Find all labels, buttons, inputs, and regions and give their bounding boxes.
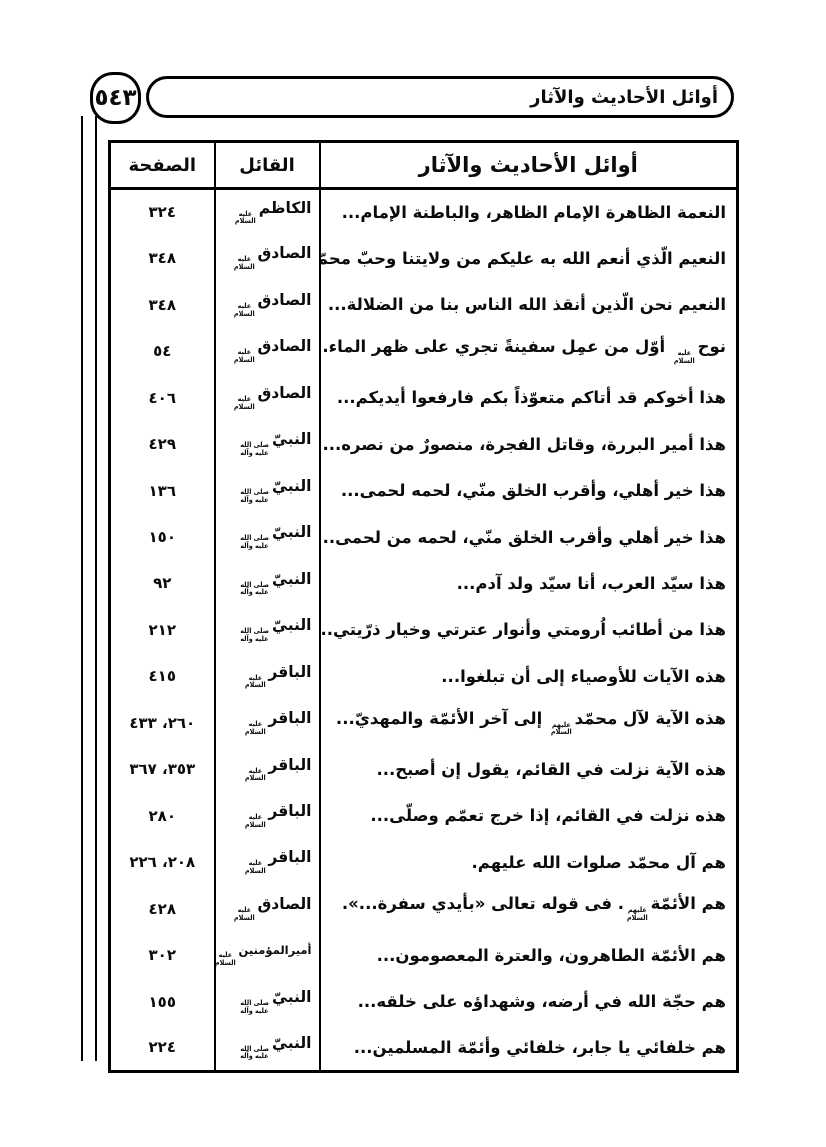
entry-page: ١٥٥ <box>110 978 215 1024</box>
entry-page: ٥٤ <box>110 328 215 374</box>
book-page: ٥٤٣ أوائل الأحاديث والآثار أوائل الأحادي… <box>0 0 826 1147</box>
running-header: أوائل الأحاديث والآثار <box>146 76 734 118</box>
running-header-title: أوائل الأحاديث والآثار <box>530 87 718 108</box>
table-header-row: أوائل الأحاديث والآثار القائل الصفحة <box>110 142 738 189</box>
table-row: النعمة الظاهرة الإمام الظاهر، والباطنة ا… <box>110 189 738 235</box>
honorific-as-mark: عليهالسلام <box>234 211 257 227</box>
entry-page: ٣٤٨ <box>110 281 215 327</box>
entry-speaker: النبيّصلى اللهعليه وآله <box>215 514 320 560</box>
entry-speaker: الصادقعليهالسلام <box>215 281 320 327</box>
table-row: هذه الآية لآل محمّدعليهمالسلام إلى آخر ا… <box>110 700 738 746</box>
entry-page: ١٣٦ <box>110 467 215 513</box>
entry-text: النعيم نحن الّذين أنقذ الله الناس بنا من… <box>320 281 738 327</box>
table-row: هذه نزلت في القائم، إذا خرج تعمّم وصلّى.… <box>110 793 738 839</box>
entry-text: هذا أمير البررة، وقاتل الفجرة، منصورٌ من… <box>320 421 738 467</box>
honorific-as-mark: عليهالسلام <box>233 396 256 412</box>
entry-page: ٣٤٨ <box>110 235 215 281</box>
honorific-as-mark: عليهالسلام <box>244 768 267 784</box>
table-row: نوحعليهالسلام أوّل من عمِل سفينةً تجري ع… <box>110 328 738 374</box>
entry-page: ٣٥٣، ٣٦٧ <box>110 746 215 792</box>
honorific-as-mark: عليهالسلام <box>233 907 256 923</box>
entry-speaker: الصادقعليهالسلام <box>215 328 320 374</box>
entry-page: ٢٢٤ <box>110 1025 215 1072</box>
entry-text: هم خلفائي يا جابر، خلفائي وأئمّة المسلمي… <box>320 1025 738 1072</box>
honorific-saw-mark: صلى اللهعليه وآله <box>239 1046 270 1062</box>
table-row: هم آل محمّد صلوات الله عليهم. الباقرعليه… <box>110 839 738 885</box>
entry-page: ٢٠٨، ٢٢٦ <box>110 839 215 885</box>
entry-speaker: الباقرعليهالسلام <box>215 700 320 746</box>
entry-text: هذا أخوكم قد أتاكم متعوّذاً بكم فارفعوا … <box>320 374 738 420</box>
table-row: النعيم نحن الّذين أنقذ الله الناس بنا من… <box>110 281 738 327</box>
entry-speaker: النبيّصلى اللهعليه وآله <box>215 1025 320 1072</box>
page-number-badge: ٥٤٣ <box>90 72 141 124</box>
table-row: هذه الآيات للأوصياء إلى أن تبلغوا... الب… <box>110 653 738 699</box>
entry-speaker: الكاظمعليهالسلام <box>215 189 320 235</box>
honorific-as-mark: عليهالسلام <box>233 303 256 319</box>
honorific-as-mark: عليهالسلام <box>244 675 267 691</box>
entry-text: هم الأئمّةعليهمالسلام. فى قوله تعالى «بأ… <box>320 886 738 932</box>
entry-speaker: النبيّصلى اللهعليه وآله <box>215 978 320 1024</box>
entry-page: ٢٦٠، ٤٣٣ <box>110 700 215 746</box>
table-row: النعيم الّذي أنعم الله به عليكم من ولايت… <box>110 235 738 281</box>
entry-speaker: النبيّصلى اللهعليه وآله <box>215 607 320 653</box>
entry-text: هم آل محمّد صلوات الله عليهم. <box>320 839 738 885</box>
honorific-saw-mark: صلى اللهعليه وآله <box>239 582 270 598</box>
entry-page: ١٥٠ <box>110 514 215 560</box>
entry-text: هذه نزلت في القائم، إذا خرج تعمّم وصلّى.… <box>320 793 738 839</box>
entry-page: ٤١٥ <box>110 653 215 699</box>
honorific-as-mark: عليهالسلام <box>244 814 267 830</box>
honorific-as-mark: عليهالسلام <box>244 860 267 876</box>
entry-text: هذه الآية لآل محمّدعليهمالسلام إلى آخر ا… <box>320 700 738 746</box>
entry-speaker: الصادقعليهالسلام <box>215 374 320 420</box>
entry-page: ٤٢٨ <box>110 886 215 932</box>
entry-page: ٤٠٦ <box>110 374 215 420</box>
column-header-entries: أوائل الأحاديث والآثار <box>320 142 738 189</box>
entry-page: ٣٢٤ <box>110 189 215 235</box>
table-row: هذا أمير البررة، وقاتل الفجرة، منصورٌ من… <box>110 421 738 467</box>
honorific-saw-mark: صلى اللهعليه وآله <box>239 489 270 505</box>
entry-speaker: الصادقعليهالسلام <box>215 886 320 932</box>
honorific-ashm-mark: عليهمالسلام <box>550 722 573 738</box>
table-row: هذا سيّد العرب، أنا سيّد ولد آدم... النب… <box>110 560 738 606</box>
table-row: هم الأئمّة الطاهرون، والعترة المعصومون..… <box>110 932 738 978</box>
page-number: ٥٤٣ <box>94 85 136 111</box>
entry-text: النعيم الّذي أنعم الله به عليكم من ولايت… <box>320 235 738 281</box>
table-row: هذا خير أهلي وأقرب الخلق منّي، لحمه من ل… <box>110 514 738 560</box>
entry-text: هذا من أطائب اُرومتي وأنوار عترتي وخيار … <box>320 607 738 653</box>
entry-speaker: أميرالمؤمنينعليهالسلام <box>215 932 320 978</box>
entry-speaker: النبيّصلى اللهعليه وآله <box>215 467 320 513</box>
entry-text: هم الأئمّة الطاهرون، والعترة المعصومون..… <box>320 932 738 978</box>
honorific-as-mark: عليهالسلام <box>215 952 237 968</box>
entry-page: ٤٢٩ <box>110 421 215 467</box>
honorific-saw-mark: صلى اللهعليه وآله <box>239 442 270 458</box>
entry-page: ٢١٢ <box>110 607 215 653</box>
entry-text: هذه الآية نزلت في القائم، يقول إن أصبح..… <box>320 746 738 792</box>
table-row: هذه الآية نزلت في القائم، يقول إن أصبح..… <box>110 746 738 792</box>
margin-rule-inner <box>95 116 97 1061</box>
entry-speaker: الصادقعليهالسلام <box>215 235 320 281</box>
honorific-saw-mark: صلى اللهعليه وآله <box>239 1000 270 1016</box>
honorific-ashm-mark: عليهمالسلام <box>626 907 649 923</box>
entry-text: هذا خير أهلي وأقرب الخلق منّي، لحمه من ل… <box>320 514 738 560</box>
honorific-as-mark: عليهالسلام <box>673 350 696 366</box>
entry-text: هذه الآيات للأوصياء إلى أن تبلغوا... <box>320 653 738 699</box>
column-header-page: الصفحة <box>110 142 215 189</box>
honorific-as-mark: عليهالسلام <box>233 256 256 272</box>
entry-speaker: النبيّصلى اللهعليه وآله <box>215 560 320 606</box>
honorific-as-mark: عليهالسلام <box>244 721 267 737</box>
entry-page: ٢٨٠ <box>110 793 215 839</box>
column-header-speaker: القائل <box>215 142 320 189</box>
table-row: هذا أخوكم قد أتاكم متعوّذاً بكم فارفعوا … <box>110 374 738 420</box>
margin-rule-outer <box>81 116 83 1061</box>
entry-speaker: الباقرعليهالسلام <box>215 793 320 839</box>
honorific-as-mark: عليهالسلام <box>233 349 256 365</box>
entry-speaker: النبيّصلى اللهعليه وآله <box>215 421 320 467</box>
entry-text: نوحعليهالسلام أوّل من عمِل سفينةً تجري ع… <box>320 328 738 374</box>
table-row: هم الأئمّةعليهمالسلام. فى قوله تعالى «بأ… <box>110 886 738 932</box>
entry-text: هذا خير أهلي، وأقرب الخلق منّي، لحمه لحم… <box>320 467 738 513</box>
entry-text: هم حجّة الله في أرضه، وشهداؤه على خلقه..… <box>320 978 738 1024</box>
honorific-saw-mark: صلى اللهعليه وآله <box>239 628 270 644</box>
table-row: هذا خير أهلي، وأقرب الخلق منّي، لحمه لحم… <box>110 467 738 513</box>
table-row: هم خلفائي يا جابر، خلفائي وأئمّة المسلمي… <box>110 1025 738 1072</box>
entry-text: النعمة الظاهرة الإمام الظاهر، والباطنة ا… <box>320 189 738 235</box>
entry-page: ٣٠٢ <box>110 932 215 978</box>
entry-page: ٩٢ <box>110 560 215 606</box>
entry-speaker: الباقرعليهالسلام <box>215 653 320 699</box>
entry-speaker: الباقرعليهالسلام <box>215 839 320 885</box>
table-row: هم حجّة الله في أرضه، وشهداؤه على خلقه..… <box>110 978 738 1024</box>
index-table: أوائل الأحاديث والآثار القائل الصفحة الن… <box>108 140 739 1073</box>
entry-text: هذا سيّد العرب، أنا سيّد ولد آدم... <box>320 560 738 606</box>
table-row: هذا من أطائب اُرومتي وأنوار عترتي وخيار … <box>110 607 738 653</box>
entry-speaker: الباقرعليهالسلام <box>215 746 320 792</box>
honorific-saw-mark: صلى اللهعليه وآله <box>239 535 270 551</box>
